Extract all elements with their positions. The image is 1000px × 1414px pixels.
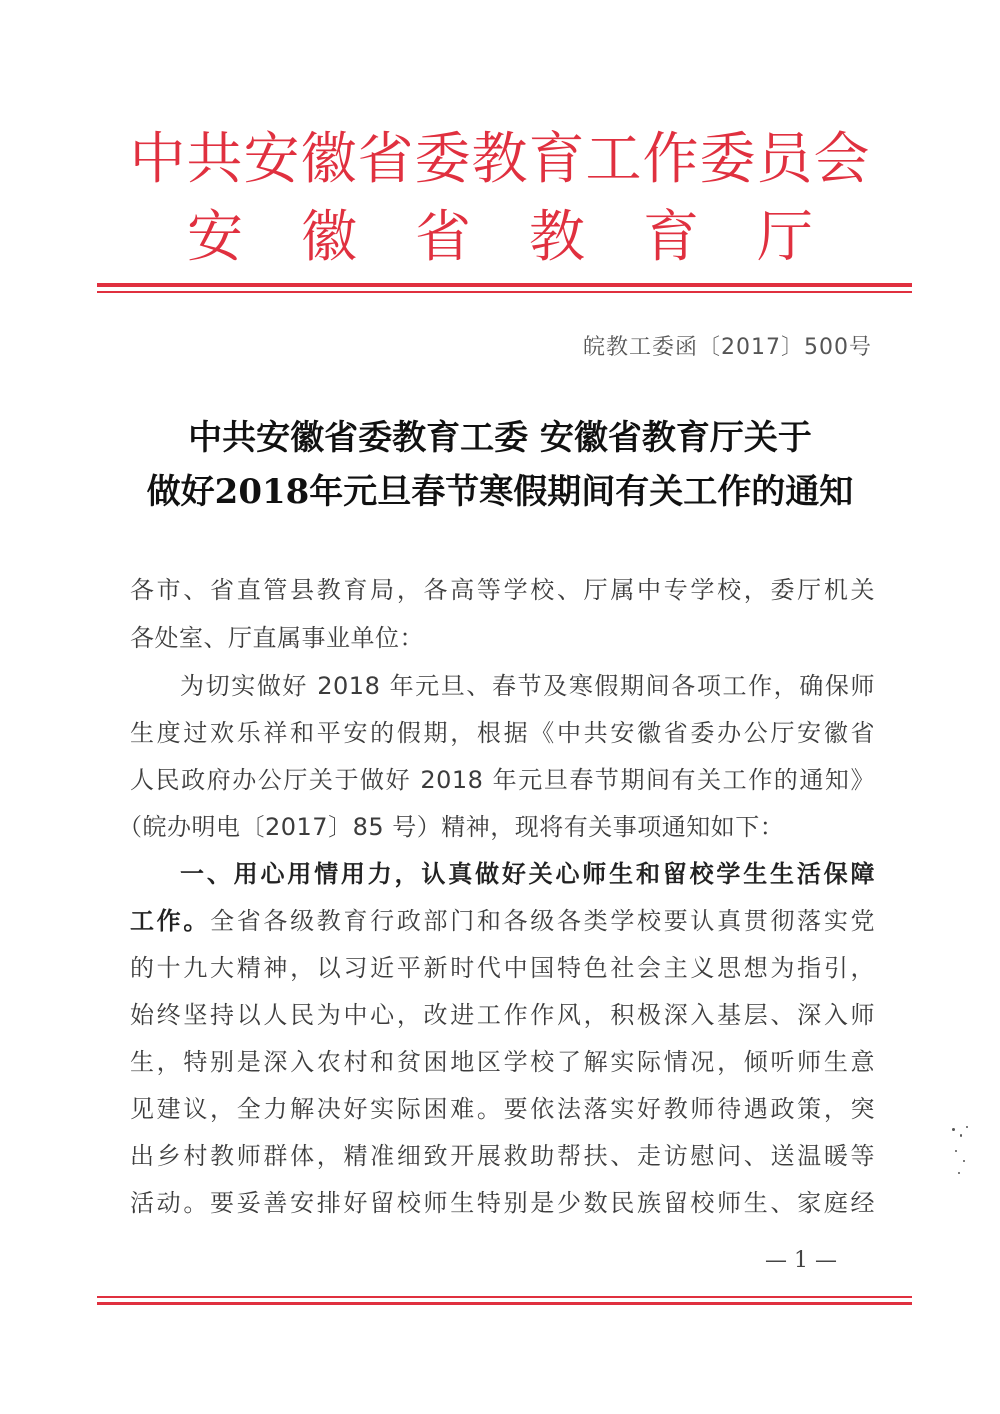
section1-line1: 工作。全省各级教育行政部门和各级各类学校要认真贯彻落实党 [130, 906, 875, 936]
document-number: 皖教工委函〔2017〕500号 [583, 330, 872, 361]
scan-speck [952, 1128, 955, 1131]
intro-line2: 生度过欢乐祥和平安的假期，根据《中共安徽省委办公厅安徽省 [130, 718, 875, 748]
addressee-line2: 各处室、厅直属事业单位： [130, 623, 875, 653]
section1-heading-end: 工作。 [130, 907, 210, 935]
section1-line7: 活动。要妥善安排好留校师生特别是少数民族留校师生、家庭经 [130, 1188, 875, 1218]
scan-speck [963, 1160, 965, 1162]
document-title-line1: 中共安徽省委教育工委 安徽省教育厅关于 [0, 416, 1000, 460]
letterhead-org-line2: 安徽省教育厅 [0, 206, 1000, 270]
letterhead-rule-thin [97, 291, 912, 293]
section1-line2: 的十九大精神，以习近平新时代中国特色社会主义思想为指引， [130, 953, 875, 983]
footer-rule-thick [97, 1302, 912, 1305]
document-title-line2: 做好2018年元旦春节寒假期间有关工作的通知 [0, 470, 1000, 514]
letterhead-rule-thick [97, 283, 912, 287]
intro-line1: 为切实做好 2018 年元旦、春节及寒假期间各项工作，确保师 [180, 671, 875, 701]
section1-heading: 一、用心用情用力，认真做好关心师生和留校学生生活保障 [180, 859, 875, 889]
addressee-line1: 各市、省直管县教育局，各高等学校、厅属中专学校，委厅机关 [130, 575, 875, 605]
section1-line3: 始终坚持以人民为中心，改进工作作风，积极深入基层、深入师 [130, 1000, 875, 1030]
page-number: — 1 — [765, 1248, 837, 1273]
scan-speck [960, 1134, 962, 1137]
letterhead-org-line1: 中共安徽省委教育工作委员会 [0, 128, 1000, 192]
intro-line3: 人民政府办公厅关于做好 2018 年元旦春节期间有关工作的通知》 [130, 765, 875, 795]
section1-line4: 生，特别是深入农村和贫困地区学校了解实际情况，倾听师生意 [130, 1047, 875, 1077]
section1-line5: 见建议，全力解决好实际困难。要依法落实好教师待遇政策，突 [130, 1094, 875, 1124]
footer-rule-thin [97, 1296, 912, 1298]
scan-speck [955, 1150, 957, 1152]
intro-line4: （皖办明电〔2017〕85 号）精神，现将有关事项通知如下： [118, 812, 863, 842]
scan-speck [958, 1172, 960, 1174]
section1-line6: 出乡村教师群体，精准细致开展救助帮扶、走访慰问、送温暖等 [130, 1141, 875, 1171]
scan-speck [966, 1126, 968, 1128]
section1-line1-rest: 全省各级教育行政部门和各级各类学校要认真贯彻落实党 [210, 907, 875, 935]
